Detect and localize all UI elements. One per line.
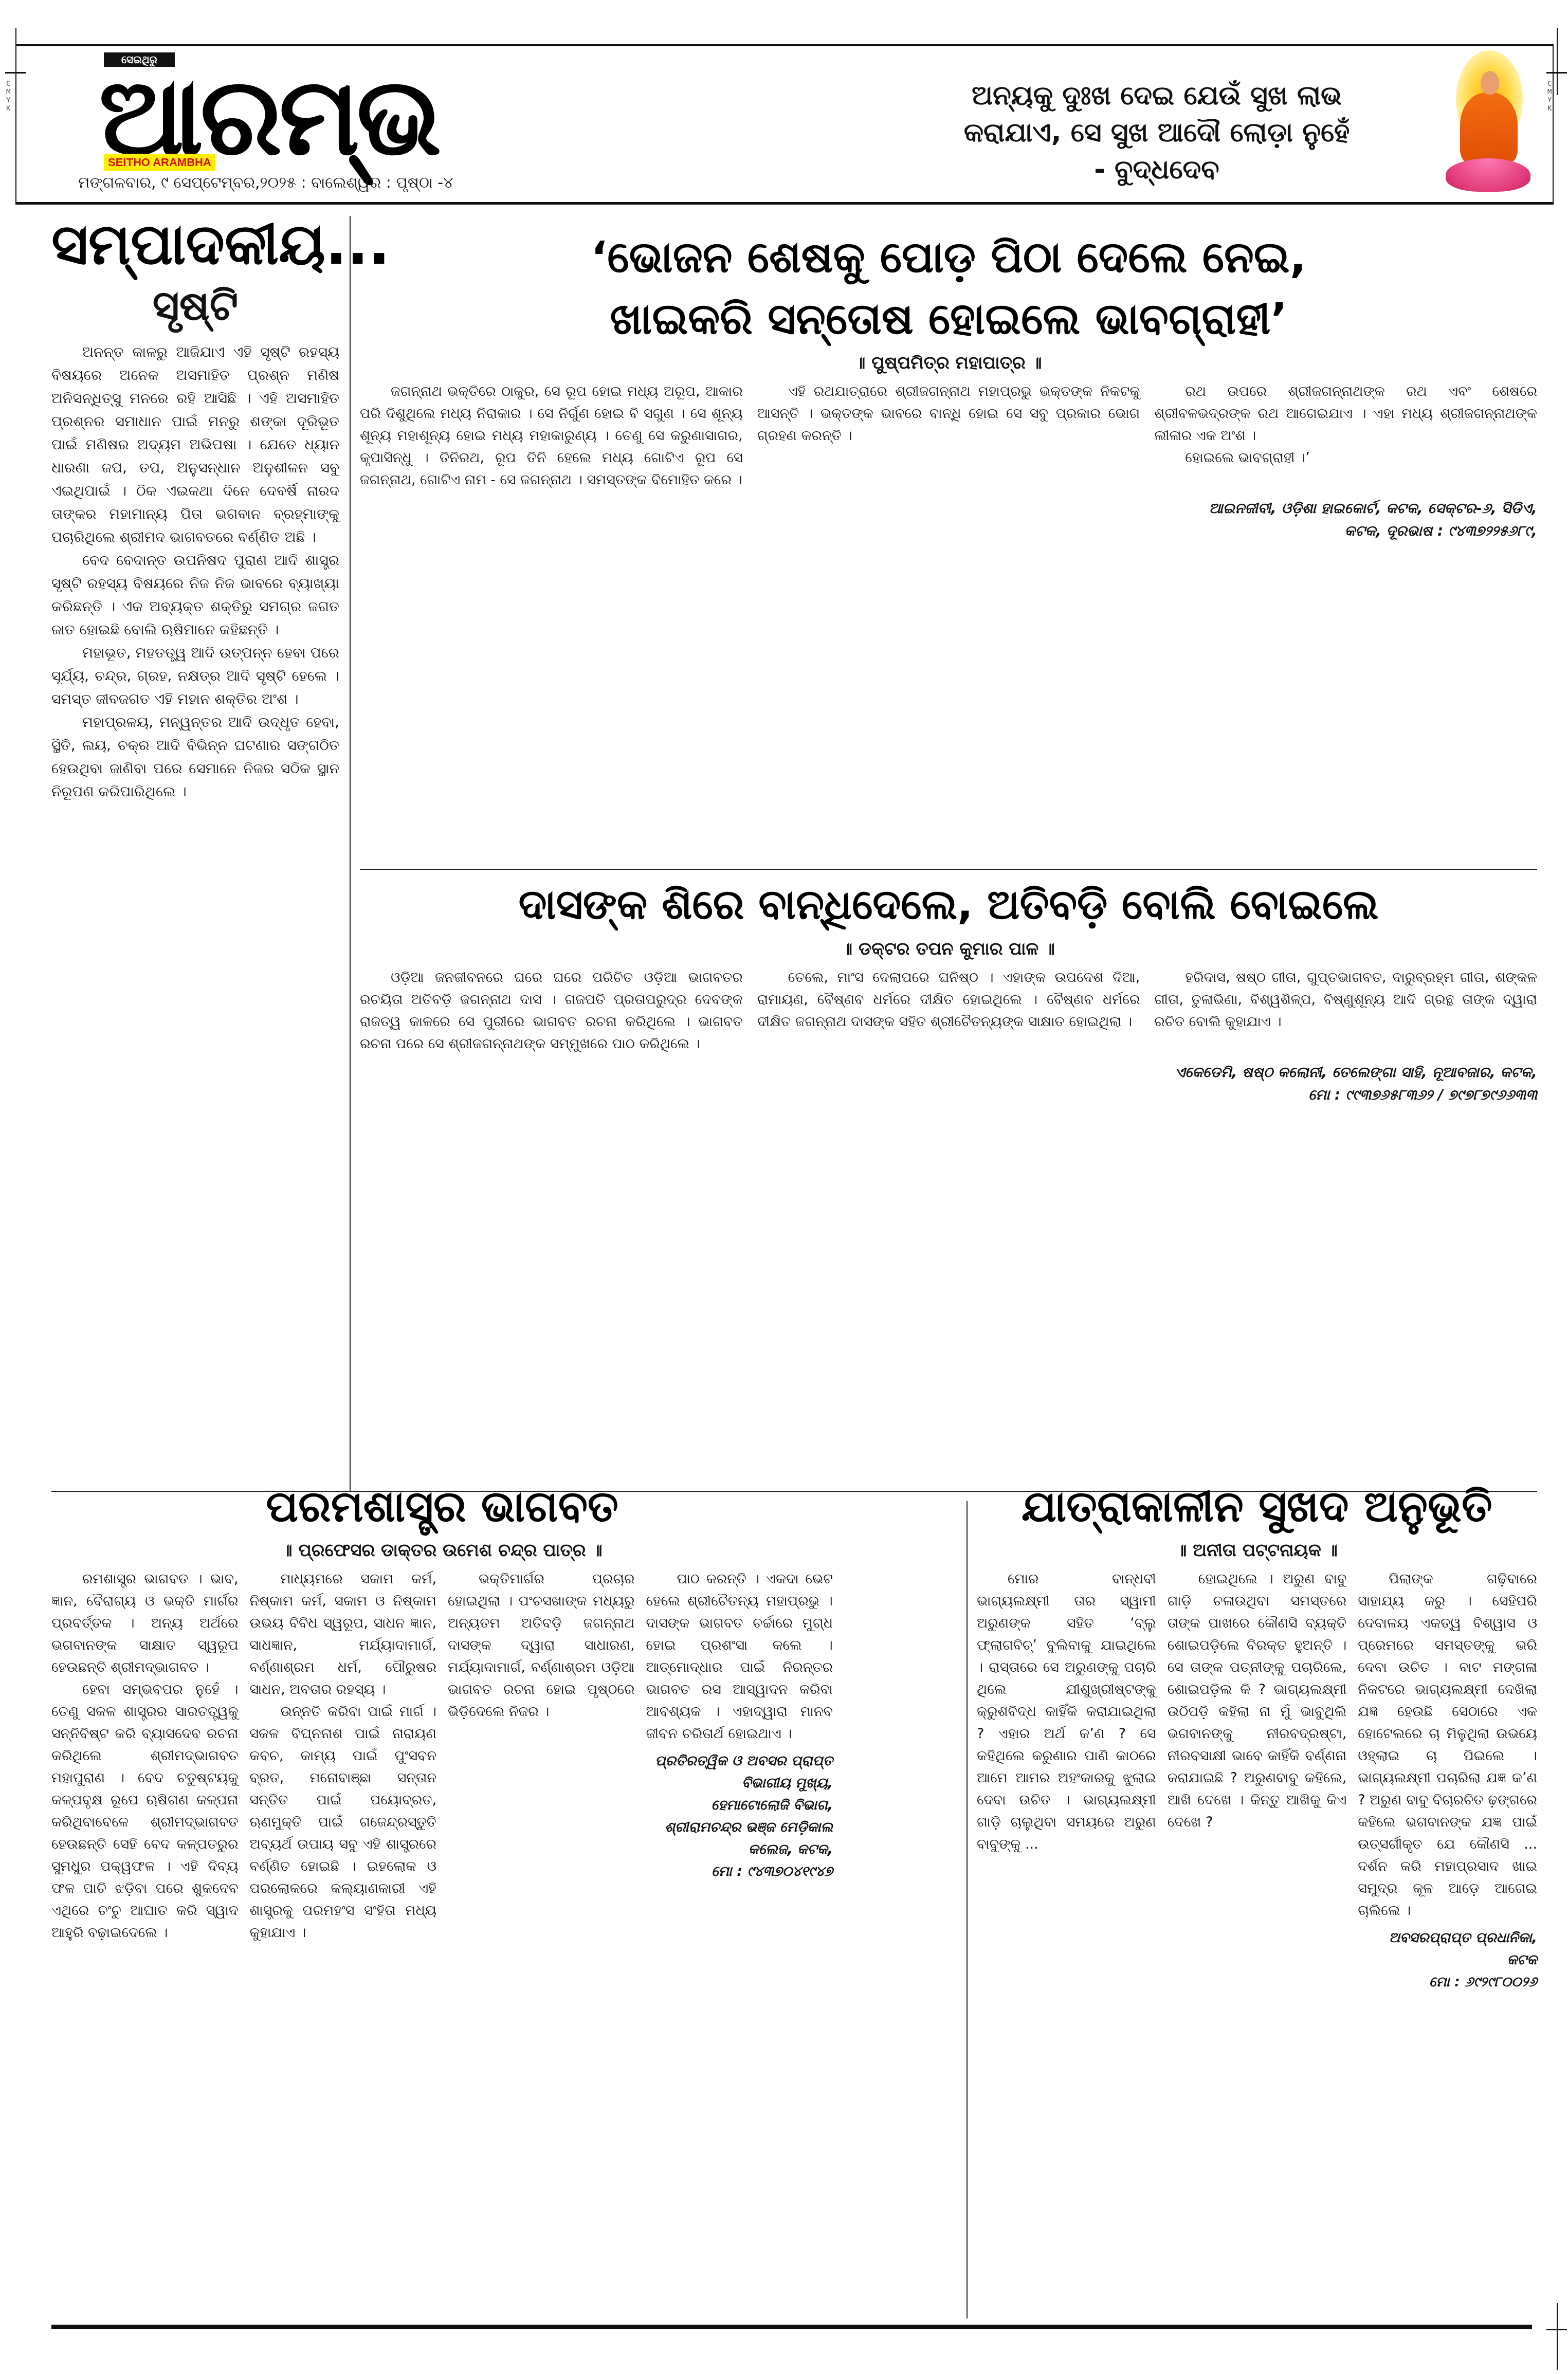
registration-mark-bottom-right bbox=[1546, 2282, 1567, 2365]
buddha-icon bbox=[1435, 50, 1538, 199]
quote-line-2: କରାଯାଏ, ସେ ସୁଖ ଆଦୌ ଲୋଡ଼ା ନୁହେଁ bbox=[931, 114, 1383, 151]
article-byline: ॥ ପ୍ରଫେସର ଡାକ୍ତର ଉମେଶ ଚନ୍ଦ୍ର ପାତ୍ର ॥ bbox=[51, 1540, 833, 1561]
article-headline: ଯାତ୍ରାକାଳୀନ ସୁଖଦ ଅନୁଭୂତି bbox=[977, 1475, 1537, 1537]
section-divider bbox=[360, 869, 1537, 870]
editorial-body: ଅନନ୍ତ କାଳରୁ ଆଜିଯାଏ ଏହି ସୃଷ୍ଟି ରହସ୍ୟ ବିଷୟ… bbox=[51, 340, 339, 803]
article-column: ଭକ୍ତିମାର୍ଗର ପ୍ରଚାର ହୋଇଥିଲା । ପଂଚସଖାଙ୍କ ମ… bbox=[448, 1568, 635, 1944]
article-column: ହୋଇଥିଲେ । ଅରୁଣ ବାବୁ ଗାଡ଼ି ଚଳାଉଥିବା ସମସ୍ତ… bbox=[1168, 1568, 1347, 1993]
article-bhojana: ‘ଭୋଜନ ଶେଷକୁ ପୋଡ଼ ପିଠା ଦେଲେ ନେଇ, ଖାଇକରି ସ… bbox=[360, 226, 1537, 542]
quote-line-1: ଅନ୍ୟକୁ ଦୁଃଖ ଦେଇ ଯେଉଁ ସୁଖ ଲାଭ bbox=[931, 77, 1383, 114]
article-byline: ॥ ଡକ୍ଟର ତପନ କୁମାର ପାଳ ॥ bbox=[360, 939, 1537, 959]
author-signature: ଆଇନଜୀବୀ, ଓଡ଼ିଶା ହାଇକୋର୍ଟ, କଟକ, ସେକ୍ଟର-୬,… bbox=[360, 497, 1537, 542]
article-dasanka: ଦାସଙ୍କ ଶିରେ ବାନ୍ଧିଦେଲେ, ଅତିବଡ଼ି ବୋଲି ବୋଇ… bbox=[360, 874, 1537, 1106]
author-signature: ଏକେଡେମି, ଷଷ୍ଠ କଲୋନୀ, ତେଲେଙ୍ଗା ସାହି, ନୂଆବ… bbox=[360, 1061, 1537, 1106]
article-column: ଜଗନ୍ନାଥ ଭକ୍ତିରେ ଠାକୁର, ସେ ରୂପ ହୋଇ ମଧ୍ୟ ଅ… bbox=[360, 380, 743, 491]
closing-quote: ହୋଇଲେ ଭାବଗ୍ରାହୀ ।’ bbox=[1154, 447, 1537, 469]
quote-block: ଅନ୍ୟକୁ ଦୁଃଖ ଦେଇ ଯେଉଁ ସୁଖ ଲାଭ କରାଯାଏ, ସେ … bbox=[931, 77, 1383, 188]
editorial-section: ସମ୍ପାଦକୀୟ... ସୃଷ୍ଟି ଅନନ୍ତ କାଳରୁ ଆଜିଯାଏ ଏ… bbox=[51, 211, 339, 803]
editorial-paragraph: ବେଦ ବେଦାନ୍ତ ଉପନିଷଦ ପୁରାଣ ଆଦି ଶାସ୍ତ୍ର ସୃଷ… bbox=[51, 549, 339, 641]
masthead: ସେଇଥିରୁ ଆରମ୍ଭ SEITHO ARAMBHA ମଙ୍ଗଳବାର, ୯… bbox=[15, 44, 1554, 205]
column-divider bbox=[350, 216, 351, 1491]
article-column: ମାଧ୍ୟମରେ ସକାମ କର୍ମ, ନିଷ୍କାମ କର୍ମ, ସକାମ ଓ… bbox=[250, 1568, 437, 1944]
author-signature: ଅବସରପ୍ରାପ୍ତ ପ୍ରଧାନିକା, କଟକ ମୋ : ୬୯୨୯୮୦୦୨… bbox=[1358, 1927, 1537, 1993]
article-column: ତେଲେ, ମାଂସ ଦେଲାପରେ ଘନିଷ୍ଠ । ଏହାଙ୍କ ଉପଦେଶ… bbox=[757, 966, 1140, 1055]
article-columns: ଓଡ଼ିଆ ଜନଜୀବନରେ ଘରେ ଘରେ ପରିଚିତ ଓଡ଼ିଆ ଭାଗବ… bbox=[360, 966, 1537, 1055]
cmyk-label: CMYK bbox=[6, 80, 12, 113]
article-column: ହରିଦାସ, ଷଷ୍ଠ ଗୀତା, ଗୁପ୍ତଭାଗବତ, ଦାରୁବ୍ରହ୍… bbox=[1154, 966, 1537, 1055]
headline-line-1: ‘ଭୋଜନ ଶେଷକୁ ପୋଡ଼ ପିଠା ଦେଲେ ନେଇ, bbox=[360, 226, 1537, 288]
article-column: ରଥ ଉପରେ ଶ୍ରୀଜଗନ୍ନାଥଙ୍କ ରଥ ଏବଂ ଶେଷରେ ଶ୍ରୀ… bbox=[1154, 380, 1537, 491]
article-columns: ଜଗନ୍ନାଥ ଭକ୍ତିରେ ଠାକୁର, ସେ ରୂପ ହୋଇ ମଧ୍ୟ ଅ… bbox=[360, 380, 1537, 491]
column-divider bbox=[967, 1501, 968, 2318]
editorial-paragraph: ମହାପ୍ରଳୟ, ମନ୍ୱନ୍ତର ଆଦି ଉଦ୍ଧୃତ ହେବା, ସ୍ଥି… bbox=[51, 710, 339, 803]
author-signature: ପ୍ରତିରତ୍ୱିକ ଓ ଅବସର ପ୍ରାପ୍ତ ବିଭାଗୀୟ ମୁଖ୍ୟ… bbox=[646, 1750, 833, 1883]
article-paramashastra: ପରମଶାସ୍ତ୍ର ଭାଗବତ ॥ ପ୍ରଫେସର ଡାକ୍ତର ଉମେଶ ଚ… bbox=[51, 1455, 833, 1944]
article-byline: ॥ ପୁଷ୍ପମିତ୍ର ମହାପାତ୍ର ॥ bbox=[360, 353, 1537, 373]
article-headline: ଦାସଙ୍କ ଶିରେ ବାନ୍ଧିଦେଲେ, ଅତିବଡ଼ି ବୋଲି ବୋଇ… bbox=[360, 874, 1537, 936]
editorial-section-title: ସମ୍ପାଦକୀୟ... bbox=[51, 211, 339, 278]
article-byline: ॥ ଅନୀତା ପଟ୍ଟନାୟକ ॥ bbox=[977, 1540, 1537, 1561]
article-column: ରମଶାସ୍ତ୍ର ଭାଗବତ । ଭାବ, ଜ୍ଞାନ, ବୈରାଗ୍ୟ ଓ … bbox=[51, 1568, 239, 1944]
editorial-title: ସୃଷ୍ଟି bbox=[51, 278, 339, 334]
article-column: ମୋର ବାନ୍ଧବୀ ଭାଗ୍ୟଲକ୍ଷ୍ମୀ ତାର ସ୍ୱାମୀ ଅରୁଣ… bbox=[977, 1568, 1156, 1993]
editorial-paragraph: ଅନନ୍ତ କାଳରୁ ଆଜିଯାଏ ଏହି ସୃଷ୍ଟି ରହସ୍ୟ ବିଷୟ… bbox=[51, 340, 339, 549]
article-column: ପାଠ କରନ୍ତି । ଏକଦା ଭେଟ ହେଲେ ଶ୍ରୀଚୈତନ୍ୟ ମହ… bbox=[646, 1568, 833, 1944]
logo-english-subtitle: SEITHO ARAMBHA bbox=[104, 154, 215, 171]
article-column: ଏହି ରଥଯାତ୍ରାରେ ଶ୍ରୀଜଗନ୍ନାଥ ମହାପ୍ରଭୁ ଭକ୍ତ… bbox=[757, 380, 1140, 491]
editorial-paragraph: ମହାଭୂତ, ମହତତ୍ତ୍ୱ ଆଦି ଉତ୍ପନ୍ନ ହେବା ପରେ ସୂ… bbox=[51, 641, 339, 710]
headline-line-2: ଖାଇକରି ସନ୍ତୋଷ ହୋଇଲେ ଭାବଗ୍ରାହୀ’ bbox=[360, 288, 1537, 350]
article-columns: ରମଶାସ୍ତ୍ର ଭାଗବତ । ଭାବ, ଜ୍ଞାନ, ବୈରାଗ୍ୟ ଓ … bbox=[51, 1568, 833, 1944]
article-column: ପିଲାଙ୍କ ଗଢ଼ିବାରେ ସାହାଯ୍ୟ କରୁ । ସେହିପରି ଦ… bbox=[1358, 1568, 1537, 1993]
article-column: ଓଡ଼ିଆ ଜନଜୀବନରେ ଘରେ ଘରେ ପରିଚିତ ଓଡ଼ିଆ ଭାଗବ… bbox=[360, 966, 743, 1055]
page-bottom-rule bbox=[51, 2325, 1532, 2329]
dateline: ମଙ୍ଗଳବାର, ୯ ସେପ୍ଟେମ୍ବର,୨୦୨୫ : ବାଲେଶ୍ୱର :… bbox=[78, 174, 453, 192]
quote-author: - ବୁଦ୍ଧଦେବ bbox=[931, 151, 1383, 188]
article-columns: ମୋର ବାନ୍ଧବୀ ଭାଗ୍ୟଲକ୍ଷ୍ମୀ ତାର ସ୍ୱାମୀ ଅରୁଣ… bbox=[977, 1568, 1537, 1993]
article-headline: ‘ଭୋଜନ ଶେଷକୁ ପୋଡ଼ ପିଠା ଦେଲେ ନେଇ, ଖାଇକରି ସ… bbox=[360, 226, 1537, 350]
article-yatrakalina: ଯାତ୍ରାକାଳୀନ ସୁଖଦ ଅନୁଭୂତି ॥ ଅନୀତା ପଟ୍ଟନାୟ… bbox=[977, 1455, 1537, 1993]
article-headline: ପରମଶାସ୍ତ୍ର ଭାଗବତ bbox=[51, 1475, 833, 1537]
